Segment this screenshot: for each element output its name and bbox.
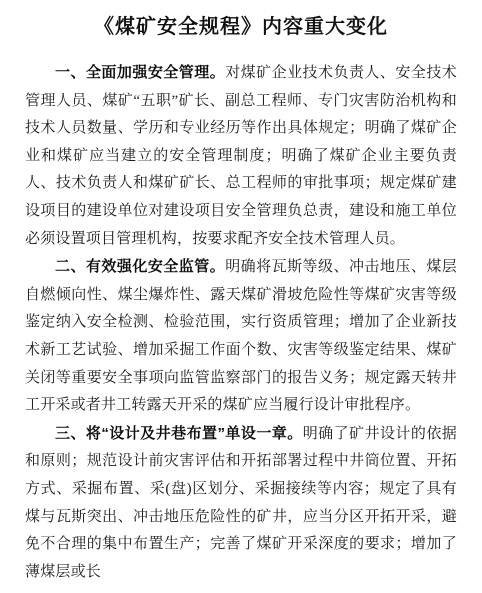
document-page: 《煤矿安全规程》内容重大变化 一、全面加强安全管理。对煤矿企业技术负责人、安全技… xyxy=(0,0,482,593)
paragraph-2: 二、有效强化安全监管。明确将瓦斯等级、冲击地压、煤层自燃倾向性、煤尘爆炸性、露天… xyxy=(25,253,457,420)
paragraph-3: 三、将“设计及井巷布置”单设一章。明确了矿井设计的依据和原则；规范设计前灾害评估… xyxy=(25,420,457,587)
paragraph-1-lead: 一、全面加强安全管理。 xyxy=(55,64,225,81)
paragraph-3-text: 明确了矿井设计的依据和原则；规范设计前灾害评估和开拓部署过程中井筒位置、开拓方式… xyxy=(25,426,457,580)
paragraph-1: 一、全面加强安全管理。对煤矿企业技术负责人、安全技术管理人员、煤矿“五职”矿长、… xyxy=(25,59,457,253)
paragraph-2-lead: 二、有效强化安全监管。 xyxy=(55,258,225,275)
document-body: 一、全面加强安全管理。对煤矿企业技术负责人、安全技术管理人员、煤矿“五职”矿长、… xyxy=(25,59,457,586)
paragraph-1-text: 对煤矿企业技术负责人、安全技术管理人员、煤矿“五职”矿长、副总工程师、专门灾害防… xyxy=(25,65,457,247)
page-title: 《煤矿安全规程》内容重大变化 xyxy=(25,10,457,44)
paragraph-2-text: 明确将瓦斯等级、冲击地压、煤层自燃倾向性、煤尘爆炸性、露天煤矿滑坡危险性等煤矿灾… xyxy=(25,259,457,413)
paragraph-3-lead: 三、将“设计及井巷布置”单设一章。 xyxy=(55,425,303,442)
